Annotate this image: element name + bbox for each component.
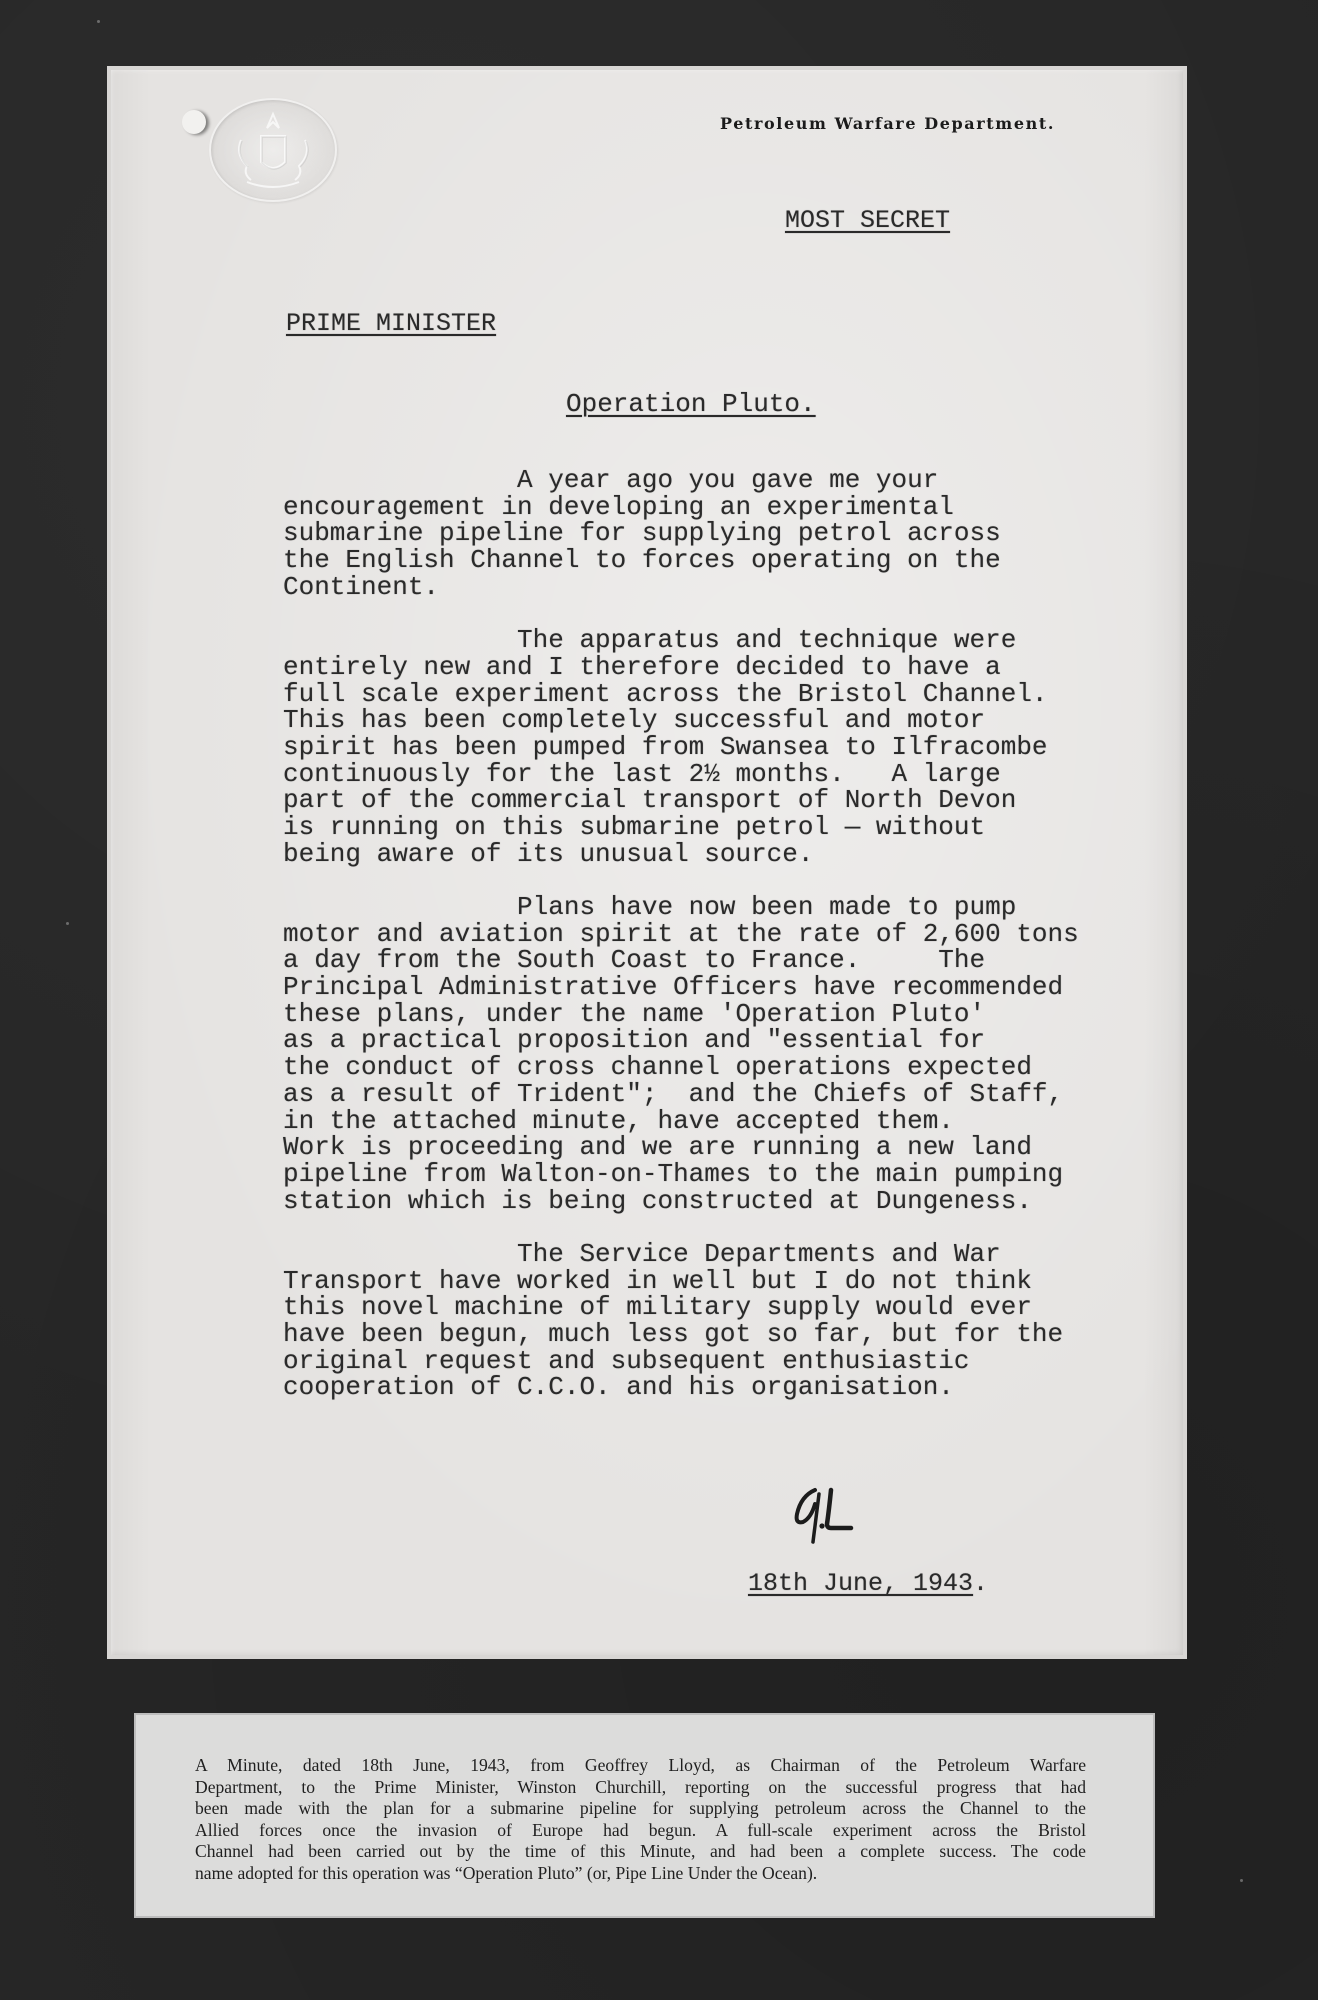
letter-paragraph: The Service Departments and WarTransport…	[283, 1241, 1163, 1401]
paragraph-line: a day from the South Coast to France. Th…	[283, 947, 1163, 974]
paragraph-line: entirely new and I therefore decided to …	[283, 654, 1163, 681]
mat-speck	[66, 922, 69, 925]
subject-line: Operation Pluto.	[566, 389, 816, 419]
caption-line: Allied forces once the invasion of Europ…	[195, 1820, 1086, 1842]
mat-speck	[1240, 1879, 1243, 1882]
letter-paragraph: Plans have now been made to pumpmotor an…	[283, 894, 1163, 1214]
date-period: .	[973, 1569, 988, 1598]
paragraph-line: Principal Administrative Officers have r…	[283, 974, 1163, 1001]
paragraph-line: submarine pipeline for supplying petrol …	[283, 520, 1163, 547]
addressee: PRIME MINISTER	[286, 309, 496, 338]
caption-line: Department, to the Prime Minister, Winst…	[195, 1777, 1086, 1799]
paragraph-line: Transport have worked in well but I do n…	[283, 1268, 1163, 1295]
classification-label: MOST SECRET	[785, 206, 950, 235]
paragraph-line: being aware of its unusual source.	[283, 841, 1163, 868]
letterhead: Petroleum Warfare Department.	[720, 114, 1055, 133]
mat-speck	[97, 20, 100, 23]
paragraph-line: A year ago you gave me your	[283, 467, 1163, 494]
caption-line: A Minute, dated 18th June, 1943, from Ge…	[195, 1755, 1086, 1777]
paragraph-line: part of the commercial transport of Nort…	[283, 787, 1163, 814]
paragraph-line: station which is being constructed at Du…	[283, 1188, 1163, 1215]
letter-paragraph: The apparatus and technique wereentirely…	[283, 627, 1163, 867]
letter-date: 18th June, 1943.	[748, 1569, 988, 1598]
signature-text: G.L	[789, 1484, 791, 1485]
paragraph-line: The Service Departments and War	[283, 1241, 1163, 1268]
paragraph-line: pipeline from Walton-on-Thames to the ma…	[283, 1161, 1163, 1188]
paragraph-line: this novel machine of military supply wo…	[283, 1294, 1163, 1321]
paragraph-line: Continent.	[283, 574, 1163, 601]
subject-text: Operation Pluto.	[566, 389, 816, 419]
paragraph-line: The apparatus and technique were	[283, 627, 1163, 654]
embossed-seal-icon	[209, 98, 337, 202]
caption-text: A Minute, dated 18th June, 1943, from Ge…	[195, 1755, 1086, 1884]
paragraph-line: Work is proceeding and we are running a …	[283, 1134, 1163, 1161]
letter-paper: Petroleum Warfare Department. MOST SECRE…	[107, 66, 1187, 1659]
paragraph-line: the conduct of cross channel operations …	[283, 1054, 1163, 1081]
caption-line: name adopted for this operation was “Ope…	[195, 1863, 1086, 1885]
paragraph-line: cooperation of C.C.O. and his organisati…	[283, 1374, 1163, 1401]
paragraph-line: original request and subsequent enthusia…	[283, 1348, 1163, 1375]
paragraph-line: motor and aviation spirit at the rate of…	[283, 921, 1163, 948]
paragraph-line: continuously for the last 2½ months. A l…	[283, 761, 1163, 788]
signature-initials: G.L	[789, 1484, 869, 1554]
paragraph-line: is running on this submarine petrol — wi…	[283, 814, 1163, 841]
paragraph-line: encouragement in developing an experimen…	[283, 494, 1163, 521]
paragraph-line: Plans have now been made to pump	[283, 894, 1163, 921]
letter-paragraph: A year ago you gave me yourencouragement…	[283, 467, 1163, 600]
paragraph-line: full scale experiment across the Bristol…	[283, 681, 1163, 708]
paragraph-line: these plans, under the name 'Operation P…	[283, 1001, 1163, 1028]
letter-body: A year ago you gave me yourencouragement…	[283, 467, 1163, 1428]
museum-caption-card: A Minute, dated 18th June, 1943, from Ge…	[134, 1713, 1155, 1918]
paragraph-line: the English Channel to forces operating …	[283, 547, 1163, 574]
paragraph-line: have been begun, much less got so far, b…	[283, 1321, 1163, 1348]
caption-line: been made with the plan for a submarine …	[195, 1798, 1086, 1820]
paragraph-line: spirit has been pumped from Swansea to I…	[283, 734, 1163, 761]
punch-hole-icon	[182, 110, 206, 134]
date-text: 18th June, 1943	[748, 1569, 973, 1598]
paragraph-line: as a practical proposition and "essentia…	[283, 1027, 1163, 1054]
paragraph-line: as a result of Trident"; and the Chiefs …	[283, 1081, 1163, 1108]
caption-line: Channel had been carried out by the time…	[195, 1841, 1086, 1863]
paragraph-line: This has been completely successful and …	[283, 707, 1163, 734]
paragraph-line: in the attached minute, have accepted th…	[283, 1108, 1163, 1135]
